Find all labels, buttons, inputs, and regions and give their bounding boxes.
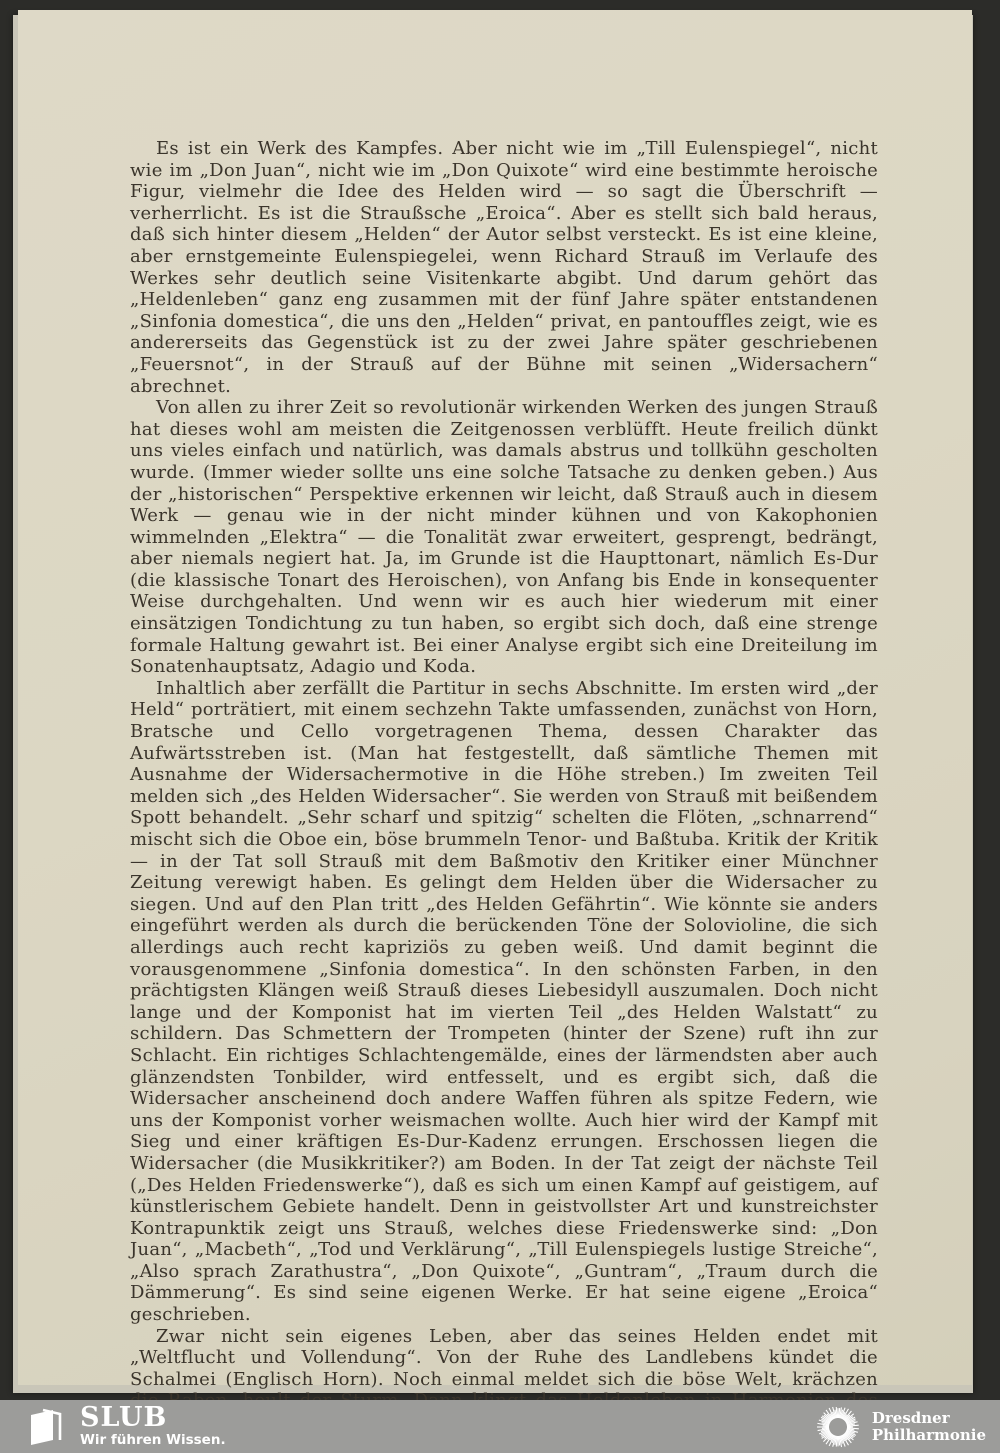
slub-wordmark-group: SLUB Wir führen Wissen.	[80, 1405, 226, 1448]
scan-viewport: Es ist ein Werk des Kampfes. Aber nicht …	[0, 0, 1000, 1453]
paragraph-3: Inhaltlich aber zerfällt die Partitur in…	[130, 678, 878, 1326]
paragraph-1: Es ist ein Werk des Kampfes. Aber nicht …	[130, 138, 878, 397]
scanned-page: Es ist ein Werk des Kampfes. Aber nicht …	[18, 10, 972, 1385]
philharmonie-wordmark: Dresdner Philharmonie	[872, 1410, 986, 1445]
philharmonie-line2: Philharmonie	[872, 1427, 986, 1445]
program-note: Es ist ein Werk des Kampfes. Aber nicht …	[130, 138, 878, 1453]
slub-tagline: Wir führen Wissen.	[80, 1433, 226, 1448]
sunburst-icon	[814, 1403, 862, 1451]
philharmonie-logo: Dresdner Philharmonie	[814, 1403, 986, 1451]
open-book-icon	[28, 1407, 66, 1447]
slub-logo: SLUB Wir führen Wissen.	[28, 1405, 226, 1448]
philharmonie-line1: Dresdner	[872, 1410, 986, 1428]
paragraph-2: Von allen zu ihrer Zeit so revolutionär …	[130, 397, 878, 678]
branding-footer: SLUB Wir führen Wissen. Dresdner Philhar…	[0, 1400, 1000, 1453]
slub-wordmark: SLUB	[80, 1405, 226, 1431]
